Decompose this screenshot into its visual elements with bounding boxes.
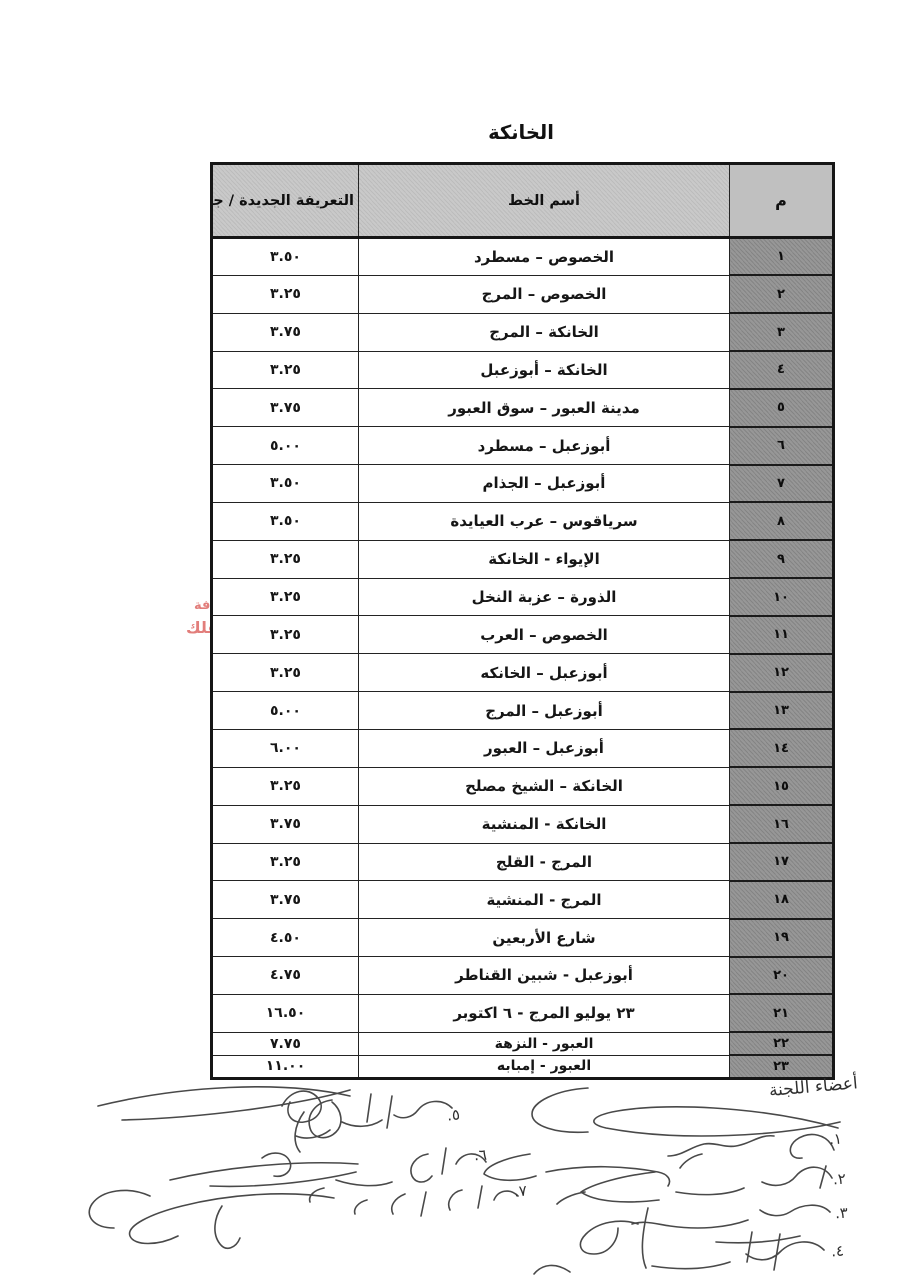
row-number-cell: ٤ [730, 351, 834, 389]
signature-5-bracket [532, 1088, 588, 1132]
line-name-cell: أبوزعبل – العبور [359, 729, 730, 767]
tariff-value-cell: ٥.٠٠ [212, 427, 359, 465]
tariff-value-cell: ٤.٥٠ [212, 919, 359, 957]
signature-5-name [296, 1094, 452, 1138]
row-number-cell: ١٣ [730, 692, 834, 730]
signature-number-7: ٧. [513, 1181, 527, 1200]
tariff-value-cell: ٣.٧٥ [212, 805, 359, 843]
signature-number-1: ١. [829, 1130, 843, 1149]
line-name-cell: أبوزعبل – الخانكه [359, 654, 730, 692]
signature-6-name [310, 1148, 486, 1202]
row-number-cell: ١ [730, 238, 834, 276]
row-number-cell: ١٢ [730, 654, 834, 692]
header-row: م أسم الخط التعريفة الجديدة / جنيه [212, 164, 834, 238]
line-name-cell: الخصوص – المرج [359, 275, 730, 313]
line-name-cell: مدينة العبور – سوق العبور [359, 389, 730, 427]
signature-left-scribble-3 [130, 1194, 334, 1244]
signature-3-name [632, 1205, 830, 1243]
tariff-value-cell: ٣.٥٠ [212, 238, 359, 276]
row-number-cell: ١٧ [730, 843, 834, 881]
signature-heading-flourish [594, 1107, 840, 1136]
line-name-cell: المرج - المنشية [359, 881, 730, 919]
row-number-cell: ٢٢ [730, 1032, 834, 1055]
signature-left-scribble-3-loop [89, 1190, 150, 1228]
row-number-cell: ٦ [730, 427, 834, 465]
table-row: ١٩شارع الأربعين٤.٥٠ [212, 919, 834, 957]
tariff-value-cell: ٣.٢٥ [212, 843, 359, 881]
tariff-value-cell: ٣.٢٥ [212, 351, 359, 389]
line-name-cell: الإيواء - الخانكة [359, 540, 730, 578]
tariff-value-cell: ٤.٧٥ [212, 957, 359, 995]
row-number-cell: ٢ [730, 275, 834, 313]
table-row: ١٠الذورة – عزبة النخل٣.٢٥ [212, 578, 834, 616]
row-number-cell: ١٦ [730, 805, 834, 843]
tariff-value-cell: ٣.٧٥ [212, 313, 359, 351]
tariff-table-body: ١الخصوص – مسطرد٣.٥٠٢الخصوص – المرج٣.٢٥٣ا… [212, 238, 834, 1079]
table-row: ١٥الخانكة – الشيخ مصلح٣.٢٥ [212, 767, 834, 805]
row-number-cell: ٢٠ [730, 957, 834, 995]
table-row: ٦أبوزعبل – مسطرد٥.٠٠ [212, 427, 834, 465]
signature-number-3: ٣. [835, 1204, 849, 1223]
line-name-cell: الخانكة – أبوزعبل [359, 351, 730, 389]
table-row: ٢١٢٣ يوليو المرج - ٦ اكتوبر١٦.٥٠ [212, 994, 834, 1032]
line-name-cell: شارع الأربعين [359, 919, 730, 957]
signature-2-name [676, 1166, 832, 1195]
table-row: ٢٣العبور - إمبابه١١.٠٠ [212, 1055, 834, 1078]
table-row: ٣الخانكة – المرج٣.٧٥ [212, 313, 834, 351]
line-name-cell: المرج - القلج [359, 843, 730, 881]
table-row: ١٨المرج - المنشية٣.٧٥ [212, 881, 834, 919]
tariff-value-cell: ٣.٥٠ [212, 502, 359, 540]
tariff-table-el: م أسم الخط التعريفة الجديدة / جنيه ١الخص… [210, 162, 835, 1080]
line-name-cell: أبوزعبل - شبين القناطر [359, 957, 730, 995]
row-number-cell: ٢٣ [730, 1055, 834, 1078]
table-row: ٧أبوزعبل – الجذام٣.٥٠ [212, 465, 834, 503]
line-name-cell: الخصوص – العرب [359, 616, 730, 654]
tariff-value-cell: ٣.٢٥ [212, 540, 359, 578]
line-name-cell: ٢٣ يوليو المرج - ٦ اكتوبر [359, 994, 730, 1032]
tariff-value-cell: ٧.٧٥ [212, 1032, 359, 1055]
table-row: ١٢أبوزعبل – الخانكه٣.٢٥ [212, 654, 834, 692]
signature-left-scribble-1-loop [282, 1091, 321, 1122]
table-row: ٤الخانكة – أبوزعبل٣.٢٥ [212, 351, 834, 389]
signature-number-5: ٥. [446, 1105, 461, 1124]
tariff-value-cell: ٣.٢٥ [212, 275, 359, 313]
table-row: ٢الخصوص – المرج٣.٢٥ [212, 275, 834, 313]
signature-6-tail [546, 1167, 670, 1186]
signature-number-2: ٢. [833, 1170, 847, 1189]
line-name-cell: أبوزعبل – الجذام [359, 465, 730, 503]
line-name-cell: الخانكة – الشيخ مصلح [359, 767, 730, 805]
tariff-value-cell: ٣.٢٥ [212, 616, 359, 654]
row-number-cell: ١٨ [730, 881, 834, 919]
row-number-cell: ٣ [730, 313, 834, 351]
table-row: ١٤أبوزعبل – العبور٦.٠٠ [212, 729, 834, 767]
signature-7-name [355, 1186, 518, 1216]
line-name-cell: الخصوص – مسطرد [359, 238, 730, 276]
tariff-value-cell: ٣.٥٠ [212, 465, 359, 503]
row-number-cell: ٨ [730, 502, 834, 540]
signature-number-4: ٤. [830, 1241, 844, 1260]
line-name-cell: العبور - النزهة [359, 1032, 730, 1055]
tariff-value-cell: ١٦.٥٠ [212, 994, 359, 1032]
signature-4-name [652, 1232, 824, 1270]
row-number-cell: ١٩ [730, 919, 834, 957]
signature-5-loop [295, 1100, 341, 1152]
row-number-cell: ٢١ [730, 994, 834, 1032]
tariff-table: م أسم الخط التعريفة الجديدة / جنيه ١الخص… [210, 162, 832, 1080]
row-number-cell: ١٥ [730, 767, 834, 805]
scanned-document-page: صحافة عقلك الخانكة م أسم الخط التعريفة ا… [0, 0, 904, 1280]
tariff-value-cell: ٣.٢٥ [212, 578, 359, 616]
tariff-value-cell: ٥.٠٠ [212, 692, 359, 730]
signature-left-scribble-2-loop [262, 1153, 291, 1176]
signature-left-scribble-1 [98, 1087, 350, 1120]
tariff-value-cell: ٣.٢٥ [212, 767, 359, 805]
row-number-cell: ٩ [730, 540, 834, 578]
signature-left-scribble-2 [170, 1163, 358, 1187]
header-row-number: م [730, 164, 834, 238]
table-row: ١الخصوص – مسطرد٣.٥٠ [212, 238, 834, 276]
table-row: ١٧المرج - القلج٣.٢٥ [212, 843, 834, 881]
table-row: ٢٠أبوزعبل - شبين القناطر٤.٧٥ [212, 957, 834, 995]
tariff-value-cell: ٣.٧٥ [212, 881, 359, 919]
row-number-cell: ٥ [730, 389, 834, 427]
tariff-value-cell: ٣.٢٥ [212, 654, 359, 692]
table-row: ١٣أبوزعبل – المرج٥.٠٠ [212, 692, 834, 730]
table-row: ١٦الخانكة - المنشية٣.٧٥ [212, 805, 834, 843]
line-name-cell: العبور - إمبابه [359, 1055, 730, 1078]
table-row: ٥مدينة العبور – سوق العبور٣.٧٥ [212, 389, 834, 427]
line-name-cell: أبوزعبل – المرج [359, 692, 730, 730]
table-row: ٨سرياقوس – عرب العيايدة٣.٥٠ [212, 502, 834, 540]
signature-left-scribble-3-tail [215, 1206, 240, 1248]
signature-number-6: ٦. [473, 1146, 487, 1165]
page-title: الخانكة [210, 121, 832, 144]
tariff-value-cell: ٦.٠٠ [212, 729, 359, 767]
header-new-tariff: التعريفة الجديدة / جنيه [212, 164, 359, 238]
line-name-cell: أبوزعبل – مسطرد [359, 427, 730, 465]
row-number-cell: ١٠ [730, 578, 834, 616]
line-name-cell: سرياقوس – عرب العيايدة [359, 502, 730, 540]
row-number-cell: ١١ [730, 616, 834, 654]
row-number-cell: ١٤ [730, 729, 834, 767]
signature-6-bracket [484, 1154, 536, 1180]
table-row: ٢٢العبور - النزهة٧.٧٥ [212, 1032, 834, 1055]
signature-2-flourish [557, 1172, 659, 1204]
tariff-value-cell: ١١.٠٠ [212, 1055, 359, 1078]
signature-4-descender [534, 1208, 648, 1274]
row-number-cell: ٧ [730, 465, 834, 503]
line-name-cell: الذورة – عزبة النخل [359, 578, 730, 616]
tariff-value-cell: ٣.٧٥ [212, 389, 359, 427]
header-line-name: أسم الخط [359, 164, 730, 238]
table-row: ١١الخصوص – العرب٣.٢٥ [212, 616, 834, 654]
table-row: ٩الإيواء - الخانكة٣.٢٥ [212, 540, 834, 578]
line-name-cell: الخانكة - المنشية [359, 805, 730, 843]
signature-1-name [668, 1135, 834, 1168]
line-name-cell: الخانكة – المرج [359, 313, 730, 351]
